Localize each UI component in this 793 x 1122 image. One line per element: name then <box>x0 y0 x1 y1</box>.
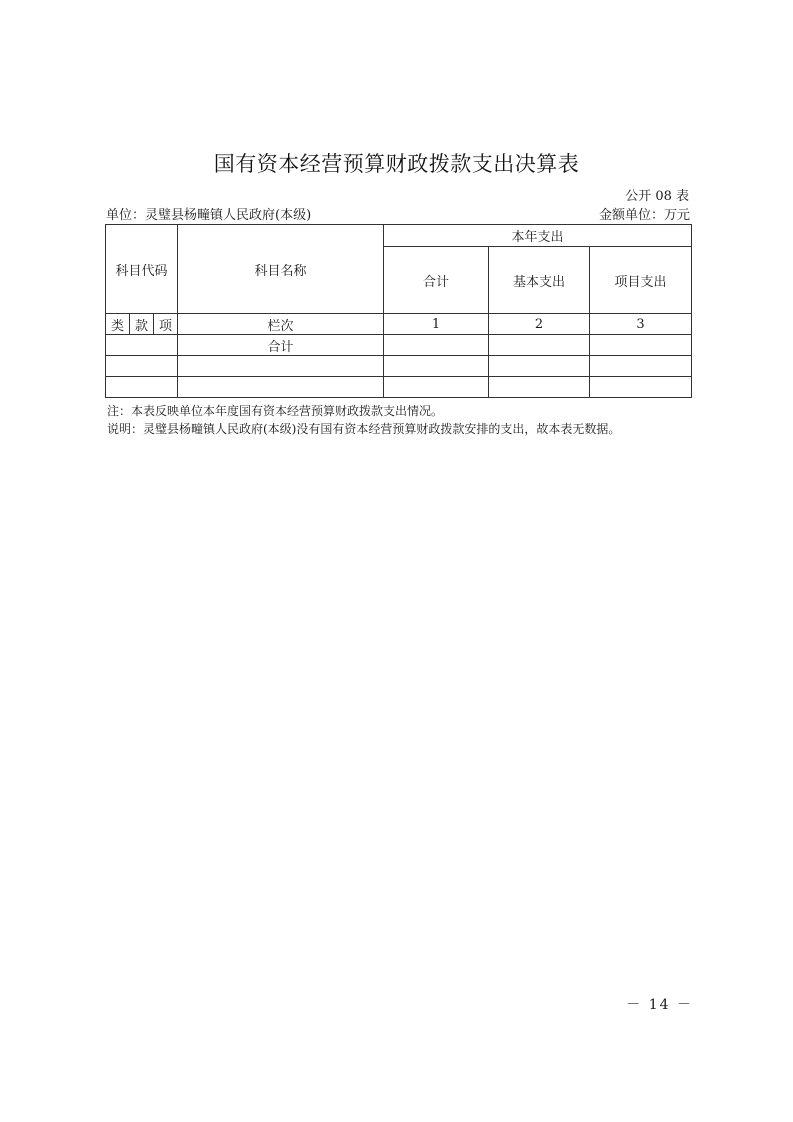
row-name <box>178 377 384 398</box>
row-total <box>384 335 489 356</box>
header-expense-group: 本年支出 <box>384 225 692 247</box>
table-explanation: 说明：灵璧县杨疃镇人民政府(本级)没有国有资本经营预算财政拨款安排的支出，故本表… <box>107 420 620 438</box>
row-project <box>590 356 692 377</box>
page-title: 国有资本经营预算财政拨款支出决算表 <box>0 148 793 178</box>
table-row <box>106 356 692 377</box>
table-row: 合计 <box>106 335 692 356</box>
row-basic <box>489 356 590 377</box>
column-index-1: 1 <box>384 314 489 335</box>
row-code <box>106 356 178 377</box>
currency-unit: 金额单位：万元 <box>599 204 690 223</box>
column-index-label: 栏次 <box>178 314 384 335</box>
code-section: 款 <box>130 314 154 335</box>
row-basic <box>489 377 590 398</box>
column-index-3: 3 <box>590 314 692 335</box>
header-code-group: 科目代码 <box>106 225 178 314</box>
page-number: － 14 － <box>626 994 693 1014</box>
table-row <box>106 377 692 398</box>
header-basic-expense: 基本支出 <box>489 247 590 314</box>
row-basic <box>489 335 590 356</box>
row-code <box>106 335 178 356</box>
header-project-expense: 项目支出 <box>590 247 692 314</box>
reporting-unit: 单位：灵璧县杨疃镇人民政府(本级) <box>106 204 311 223</box>
form-number: 公开 08 表 <box>625 185 689 204</box>
row-project <box>590 335 692 356</box>
row-total <box>384 377 489 398</box>
row-name <box>178 356 384 377</box>
table-note: 注：本表反映单位本年度国有资本经营预算财政拨款支出情况。 <box>107 402 620 420</box>
row-name: 合计 <box>178 335 384 356</box>
column-index-2: 2 <box>489 314 590 335</box>
row-project <box>590 377 692 398</box>
index-row: 类 款 项 栏次 1 2 3 <box>106 314 692 335</box>
header-total: 合计 <box>384 247 489 314</box>
expenditure-table: 科目代码 科目名称 本年支出 合计 基本支出 项目支出 类 款 项 栏次 1 2… <box>105 224 692 398</box>
notes-block: 注：本表反映单位本年度国有资本经营预算财政拨款支出情况。 说明：灵璧县杨疃镇人民… <box>107 402 620 438</box>
unit-info-row: 单位：灵璧县杨疃镇人民政府(本级) 金额单位：万元 <box>106 204 690 223</box>
code-class: 类 <box>106 314 130 335</box>
code-item: 项 <box>154 314 178 335</box>
row-total <box>384 356 489 377</box>
header-row-top: 科目代码 科目名称 本年支出 <box>106 225 692 247</box>
row-code <box>106 377 178 398</box>
header-item-name: 科目名称 <box>178 225 384 314</box>
